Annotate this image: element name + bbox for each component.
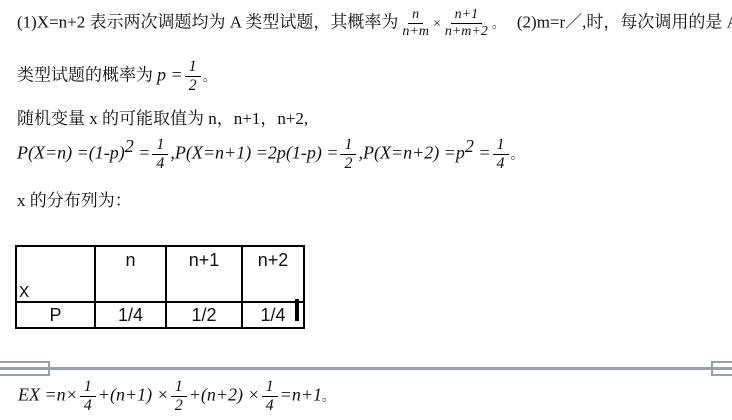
full-stop: 。 — [511, 147, 524, 162]
formula-p-x-n1: P(X=n+1) =2p(1-p) = — [175, 143, 339, 163]
para3-text: 随机变量 x 的可能取值为 n，n+1，n+2, — [17, 109, 308, 128]
text-cursor — [295, 299, 299, 321]
fraction-one-quarter: 14 — [262, 378, 278, 416]
document-page[interactable]: (1)X=n+2 表示两次调题均为 A 类型试题，其概率为nn+m×n+1n+m… — [0, 0, 732, 420]
table-cell-n1[interactable]: n+1 — [166, 246, 242, 302]
fraction-n1-over-nm2: n+1n+m+2 — [443, 7, 490, 40]
distribution-table: X n n+1 n+2 P 1/4 1/2 1/4 — [15, 245, 305, 329]
row-label-p: P — [49, 305, 61, 325]
row-label-x: X — [19, 284, 29, 303]
expectation-formula: EX =n×14+(n+1) ×12+(n+2) ×14=n+1。 — [18, 378, 335, 416]
table-cell-n2[interactable]: n+2 — [242, 246, 304, 302]
para5-text: x 的分布列为： — [17, 191, 132, 210]
table-cell-value-2[interactable]: 1/2 — [166, 302, 242, 328]
full-stop: 。 — [203, 69, 216, 84]
table-cell-value-1[interactable]: 1/4 — [95, 302, 166, 328]
fraction-one-half: 12 — [340, 136, 356, 174]
ex-lhs: EX =n× — [18, 385, 78, 405]
formula-p-x-n: P(X=n) =(1-p) — [17, 143, 125, 163]
ex-term-2: +(n+1) × — [98, 385, 169, 405]
para1-lead-text: (1)X=n+2 表示两次调题均为 A 类型试题，其概率为 — [17, 12, 398, 31]
p-equals: p = — [157, 65, 183, 85]
page-break-right-corner — [711, 361, 732, 376]
full-stop: 。 — [492, 15, 505, 30]
paragraph-4-formulas: P(X=n) =(1-p)2 =14,P(X=n+1) =2p(1-p) =12… — [17, 136, 524, 174]
formula-p-x-n2: P(X=n+2) =p — [363, 143, 465, 163]
fraction-one-quarter: 14 — [152, 136, 168, 174]
multiply-sign: × — [433, 16, 441, 31]
table-cell-x[interactable]: X — [16, 246, 95, 302]
fraction-one-half: 12 — [185, 58, 201, 96]
paragraph-2: 类型试题的概率为 p =12。 — [17, 58, 216, 96]
full-stop: 。 — [322, 389, 335, 404]
table-cell-n[interactable]: n — [95, 246, 166, 302]
fraction-one-quarter: 14 — [493, 136, 509, 174]
table-cell-p-label[interactable]: P — [16, 302, 95, 328]
page-break-divider — [0, 367, 732, 370]
fraction-one-half: 12 — [171, 378, 187, 416]
para2-lead-text: 类型试题的概率为 — [17, 66, 153, 85]
page-break-left-corner — [0, 361, 50, 376]
paragraph-3: 随机变量 x 的可能取值为 n，n+1，n+2, — [17, 104, 308, 129]
ex-term-3: +(n+2) × — [189, 385, 260, 405]
table-row-probabilities: P 1/4 1/2 1/4 — [16, 302, 304, 328]
fraction-n-over-n-plus-m: nn+m — [400, 7, 431, 40]
para1-part2-text: (2)m=r／,时，每次调用的是 A — [517, 12, 732, 31]
exponent-2: 2 — [125, 136, 134, 156]
paragraph-1: (1)X=n+2 表示两次调题均为 A 类型试题，其概率为nn+m×n+1n+m… — [17, 7, 732, 40]
equals-sign: = — [134, 143, 151, 163]
table-row-header: X n n+1 n+2 — [16, 246, 304, 302]
equals-sign: = — [474, 143, 491, 163]
exponent-2: 2 — [465, 136, 474, 156]
ex-result: =n+1 — [280, 385, 322, 405]
paragraph-5: x 的分布列为： — [17, 186, 132, 211]
fraction-one-quarter: 14 — [80, 378, 96, 416]
